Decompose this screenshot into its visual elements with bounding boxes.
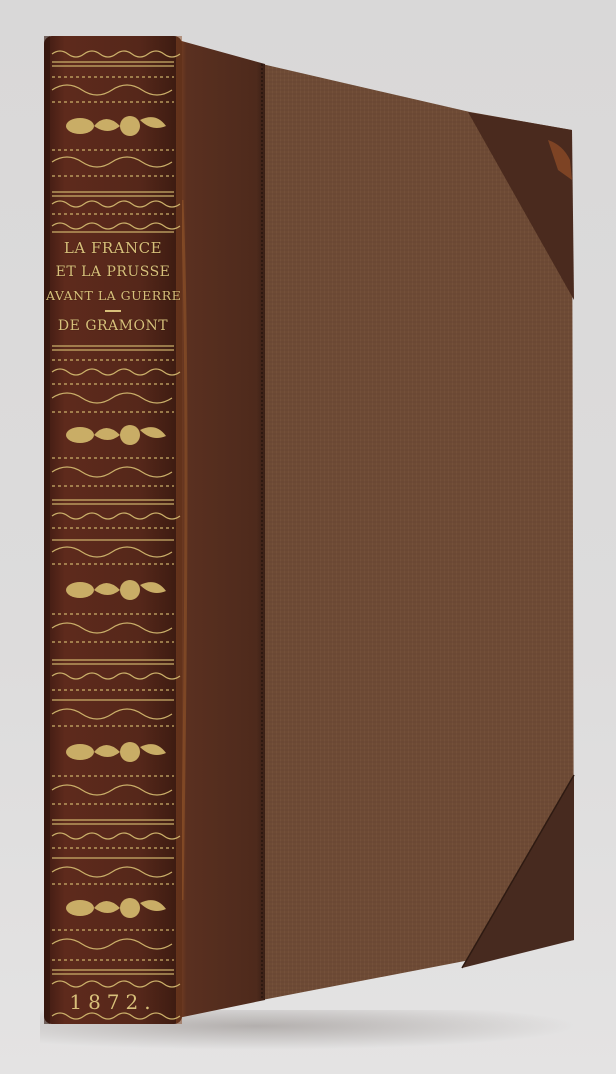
spine-year: 1872. [46, 990, 180, 1014]
spine-author: DE GRAMONT [46, 314, 180, 338]
spine-title-line-1: LA FRANCE [46, 236, 180, 260]
spine-divider [105, 310, 121, 312]
spine-title-block: LA FRANCE ET LA PRUSSE AVANT LA GUERRE D… [46, 236, 180, 338]
photo-scene: LA FRANCE ET LA PRUSSE AVANT LA GUERRE D… [0, 0, 616, 1074]
spine-title-line-3: AVANT LA GUERRE [46, 284, 180, 308]
spine-title-line-2: ET LA PRUSSE [46, 260, 180, 284]
book-illustration [0, 0, 616, 1074]
spine [44, 36, 182, 1024]
front-cover [262, 64, 574, 1000]
leather-hinge [178, 40, 265, 1018]
